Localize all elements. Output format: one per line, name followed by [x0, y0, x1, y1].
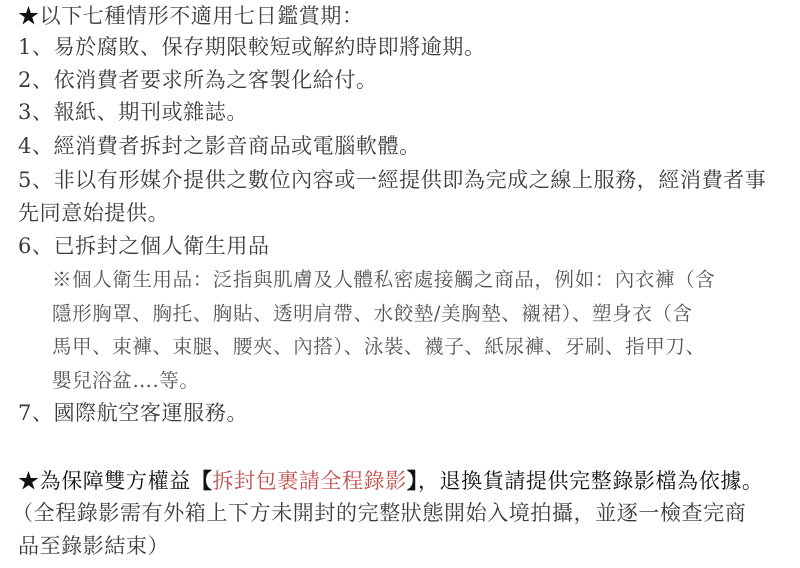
heading-text: 以下七種情形不適用七日鑑賞期： — [40, 4, 364, 28]
item-number: 1 — [18, 35, 32, 59]
item-separator: 、 — [32, 68, 54, 92]
list-item-5: 5、非以有形媒介提供之數位內容或一經提供即為完成之線上服務，經消費者事 — [18, 164, 766, 197]
notice-tail: ，退換貨請提供完整錄影檔為依據。 — [418, 469, 764, 493]
star-icon: ★ — [18, 4, 40, 28]
item-text: 國際航空客運服務。 — [54, 401, 248, 425]
hygiene-note-line-4: 嬰兒浴盆….等。 — [52, 364, 200, 397]
item-separator: 、 — [32, 100, 54, 124]
list-item-4: 4、經消費者拆封之影音商品或電腦軟體。 — [18, 130, 421, 163]
item-text: 經消費者拆封之影音商品或電腦軟體。 — [54, 134, 421, 158]
notice-lead: 為保障雙方權益 — [40, 469, 191, 493]
item-separator: 、 — [32, 168, 54, 192]
item-number: 3 — [18, 100, 32, 124]
item-text: 已拆封之個人衛生用品 — [54, 234, 270, 258]
hygiene-note-line-1: ※個人衛生用品：泛指與肌膚及人體私密處接觸之商品，例如：內衣褲（含 — [52, 263, 715, 296]
item-separator: 、 — [32, 401, 54, 425]
list-item-1: 1、易於腐敗、保存期限較短或解約時即將逾期。 — [18, 31, 486, 64]
item-text: 報紙、期刊或雜誌。 — [54, 100, 248, 124]
item-number: 5 — [18, 168, 32, 192]
list-item-7: 7、國際航空客運服務。 — [18, 397, 248, 430]
list-item-6: 6、已拆封之個人衛生用品 — [18, 230, 270, 263]
section2-notice: ★為保障雙方權益【拆封包裹請全程錄影】，退換貨請提供完整錄影檔為依據。 — [18, 464, 764, 497]
item-number: 7 — [18, 401, 32, 425]
section1-heading: ★以下七種情形不適用七日鑑賞期： — [18, 0, 364, 33]
hygiene-note-line-2: 隱形胸罩、胸托、胸貼、透明肩帶、水餃墊/美胸墊、襯裙）、塑身衣（含 — [52, 297, 693, 330]
item-number: 2 — [18, 68, 32, 92]
bracket-close: 】 — [407, 468, 418, 493]
item-text: 依消費者要求所為之客製化給付。 — [54, 68, 378, 92]
list-item-3: 3、報紙、期刊或雜誌。 — [18, 96, 248, 129]
recording-highlight: 拆封包裹請全程錄影 — [212, 469, 406, 493]
item-separator: 、 — [32, 234, 54, 258]
item-number: 6 — [18, 234, 32, 258]
list-item-2: 2、依消費者要求所為之客製化給付。 — [18, 64, 378, 97]
hygiene-note-line-3: 馬甲、束褲、束腿、腰夾、內搭）、泳裝、襪子、紙尿褲、牙刷、指甲刀、 — [52, 330, 706, 363]
item-separator: 、 — [32, 35, 54, 59]
star-icon: ★ — [18, 469, 40, 493]
recording-note-line-1: （全程錄影需有外箱上下方未開封的完整狀態開始入境拍攝，並逐一檢查完商 — [12, 497, 746, 530]
list-item-5-continuation: 先同意始提供。 — [18, 197, 169, 230]
item-text: 易於腐敗、保存期限較短或解約時即將逾期。 — [54, 35, 486, 59]
recording-note-line-2: 品至錄影結束） — [18, 530, 169, 563]
item-number: 4 — [18, 134, 32, 158]
item-separator: 、 — [32, 134, 54, 158]
item-text-continuation: 先同意始提供。 — [18, 201, 169, 225]
item-text: 非以有形媒介提供之數位內容或一經提供即為完成之線上服務，經消費者事 — [54, 168, 767, 192]
bracket-open: 【 — [191, 468, 213, 493]
